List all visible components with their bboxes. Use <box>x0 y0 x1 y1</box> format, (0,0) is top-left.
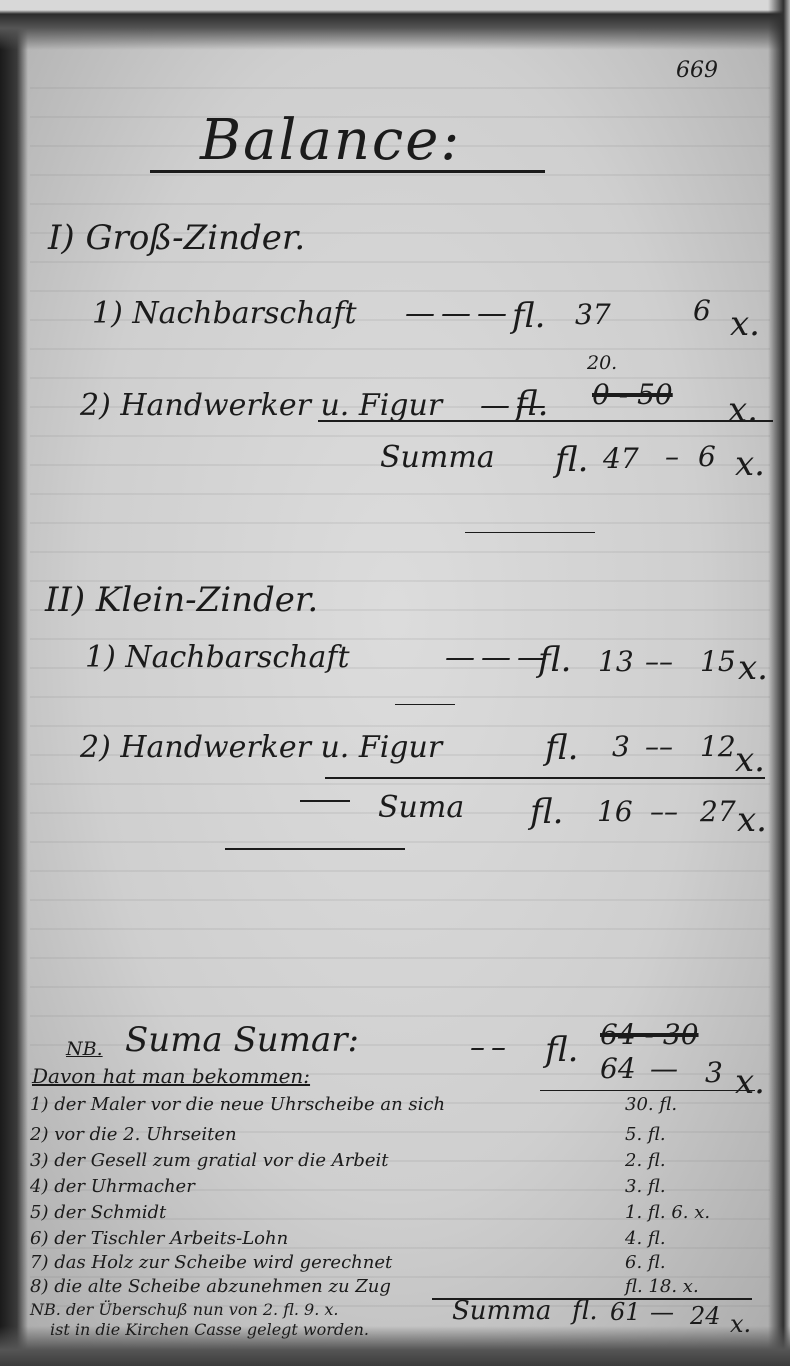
expense-amount: 6. fl. <box>625 1252 666 1273</box>
leader-dash: – <box>665 440 679 473</box>
expense-amount: 30. fl. <box>625 1094 677 1115</box>
page-number: 669 <box>676 58 718 83</box>
total-kreuzer: 6 <box>698 440 716 473</box>
nb-marker: NB. <box>66 1038 103 1060</box>
amount-kreuzer: 12 <box>700 730 736 763</box>
florin-unit: fl. <box>555 440 589 480</box>
amount-kreuzer: 15 <box>700 645 736 678</box>
expenses-total-florins: 61 <box>610 1298 641 1326</box>
expense-label: 5) der Schmidt <box>30 1202 166 1223</box>
expenses-heading: Davon hat man bekommen: <box>32 1064 310 1088</box>
separator-rule <box>395 704 455 705</box>
kreuzer-unit: x. <box>735 444 765 484</box>
amount-florins: 13 <box>598 645 634 678</box>
leader-dash: –– <box>650 795 678 828</box>
separator-rule <box>540 1090 755 1091</box>
amount-florins: 37 <box>575 298 611 331</box>
line-item-label: 1) Nachbarschaft <box>85 640 350 675</box>
top-edge-shadow <box>0 0 790 50</box>
total-florins: 47 <box>603 442 639 475</box>
separator-rule <box>300 800 350 802</box>
expense-amount: fl. 18. x. <box>625 1276 699 1297</box>
florin-unit: fl. <box>530 792 564 832</box>
page-title: Balance: <box>200 108 461 173</box>
expense-amount: 2. fl. <box>625 1150 666 1171</box>
right-edge-shadow <box>768 0 790 1366</box>
line-item-label: 2) Handwerker u. Figur <box>80 730 442 765</box>
struck-amount: 64 - 30 <box>600 1018 699 1051</box>
florin-unit: fl. <box>515 384 549 424</box>
kreuzer-unit: x. <box>735 740 765 780</box>
total-kreuzer: 27 <box>700 795 736 828</box>
expense-amount: 5. fl. <box>625 1124 666 1145</box>
struck-amount: 0 - 50 <box>592 378 673 411</box>
summa-label: Suma <box>378 790 464 825</box>
expense-label: 1) der Maler vor die neue Uhrscheibe an … <box>30 1094 445 1115</box>
expense-label: 2) vor die 2. Uhrseiten <box>30 1124 237 1145</box>
amount-kreuzer: 6 <box>693 294 711 327</box>
kreuzer-unit: x. <box>728 390 758 430</box>
grand-total-label: Suma Sumar: <box>125 1020 359 1060</box>
expense-amount: 3. fl. <box>625 1176 666 1197</box>
binding-shadow <box>0 0 28 1366</box>
expense-label: 7) das Holz zur Scheibe wird gerechnet <box>30 1252 392 1273</box>
leader-dash: — <box>650 1298 674 1326</box>
florin-unit: fl. <box>572 1296 598 1326</box>
sum-rule <box>318 420 773 422</box>
corrected-amount: 20. <box>587 352 617 374</box>
expense-amount: 4. fl. <box>625 1228 666 1249</box>
amount-florins: 3 <box>612 730 630 763</box>
expense-label: 6) der Tischler Arbeits-Lohn <box>30 1228 288 1249</box>
leader-dashes: –– <box>470 1030 512 1065</box>
expenses-total-kreuzer: 24 <box>690 1302 721 1330</box>
florin-unit: fl. <box>545 1030 579 1070</box>
separator-rule <box>465 532 595 533</box>
expense-row: 1) der Maler vor die neue Uhrscheibe an … <box>30 1094 730 1124</box>
grand-total-florins: 64 <box>600 1052 636 1085</box>
kreuzer-unit: x. <box>730 1310 751 1338</box>
expense-label: 8) die alte Scheibe abzunehmen zu Zug <box>30 1276 391 1297</box>
expense-label: 4) der Uhrmacher <box>30 1176 195 1197</box>
section-heading: I) Groß-Zinder. <box>48 218 305 258</box>
line-item-label: 2) Handwerker u. Figur <box>80 388 442 423</box>
line-item-label: 1) Nachbarschaft <box>92 296 357 331</box>
leader-dash: –– <box>645 730 673 763</box>
kreuzer-unit: x. <box>735 1062 765 1102</box>
leader-dash: –– <box>645 645 673 678</box>
leader-dashes: ——— <box>405 296 513 331</box>
note-line: ist in die Kirchen Casse gelegt worden. <box>50 1320 369 1339</box>
title-underline <box>150 170 545 173</box>
note-line: NB. der Überschuß nun von 2. fl. 9. x. <box>30 1300 339 1319</box>
section-heading: II) Klein-Zinder. <box>45 580 318 620</box>
grand-total-kreuzer: 3 <box>705 1056 723 1089</box>
kreuzer-unit: x. <box>738 648 768 688</box>
expense-amount: 1. fl. 6. x. <box>625 1202 710 1223</box>
expense-label: 3) der Gesell zum gratial vor die Arbeit <box>30 1150 389 1171</box>
florin-unit: fl. <box>538 640 572 680</box>
total-florins: 16 <box>597 795 633 828</box>
separator-rule <box>225 848 405 850</box>
manuscript-page: 669 Balance: I) Groß-Zinder. 1) Nachbars… <box>0 0 790 1366</box>
summa-label: Summa <box>452 1296 551 1326</box>
sum-rule <box>325 777 765 779</box>
florin-unit: fl. <box>545 728 579 768</box>
kreuzer-unit: x. <box>737 800 767 840</box>
summa-label: Summa <box>380 440 495 475</box>
kreuzer-unit: x. <box>730 304 760 344</box>
leader-dashes: ——— <box>445 640 553 675</box>
florin-unit: fl. <box>512 296 546 336</box>
leader-dash: — <box>650 1052 678 1085</box>
